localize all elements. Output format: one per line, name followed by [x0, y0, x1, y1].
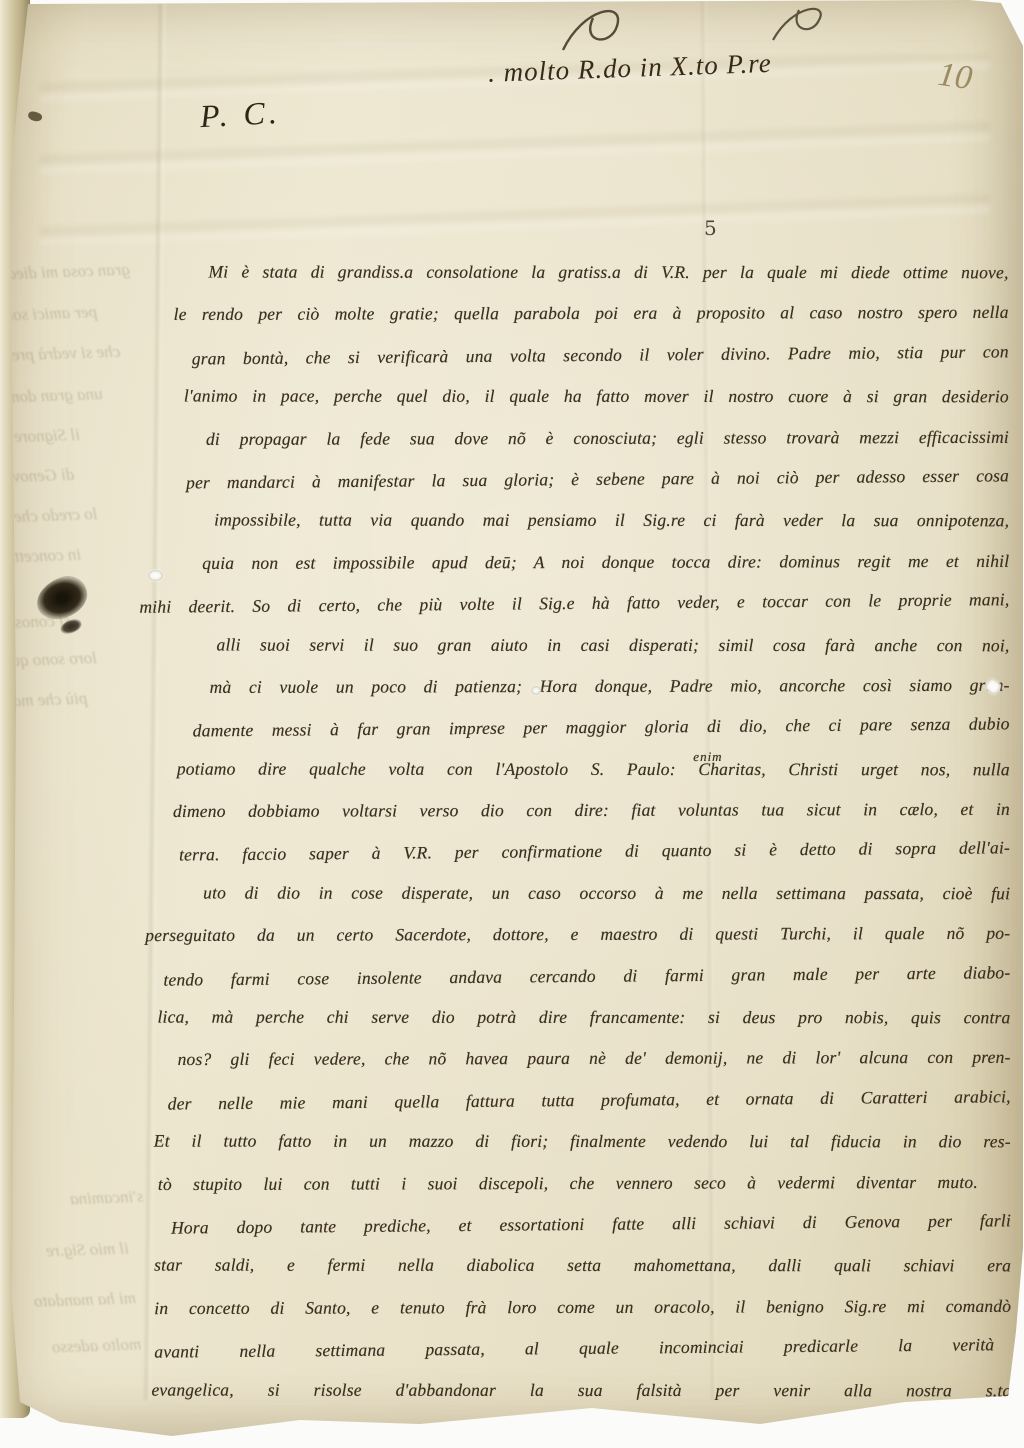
letter-line: alli suoi servi il suo gran aiuto in cas…	[216, 624, 1009, 666]
letter-line: Et il tutto fatto in un mazzo di fiori; …	[154, 1121, 1011, 1163]
interlinear-insertion: enim	[693, 736, 722, 777]
letter-heading: . molto R.do in X.to P.re	[488, 46, 819, 88]
bleed-through-text: lo credo che sia	[0, 504, 98, 528]
letter-line: terra. faccio saper à V.R. per confirmat…	[179, 828, 1010, 877]
letter-line: Hora dopo tante prediche, et essortation…	[171, 1200, 1011, 1249]
bleed-through-text: che si vedrà presto	[0, 342, 121, 366]
salutation-abbreviation: P. C.	[199, 94, 282, 135]
letter-body: Mi è stata di grandiss.a consolatione la…	[113, 251, 1011, 1412]
letter-line: mihi deerit. So di certo, che più volte …	[139, 579, 1009, 628]
ink-blot	[31, 571, 93, 625]
paper-sheet: . molto R.do in X.to P.re 10 P. C. 5 gra…	[0, 0, 1024, 1448]
letter-line: gran bontà, che si verificarà una volta …	[192, 331, 1009, 380]
bleed-through-text: una gran donna	[0, 384, 103, 408]
letter-line: potiamo dire qualche volta con l'Apostol…	[177, 748, 1010, 790]
bleed-through-text: più che mai	[8, 689, 88, 712]
letter-line: uto di dio in cose disperate, un caso oc…	[203, 872, 1010, 914]
letter-line: di propagar la fede sua dove nõ è conosc…	[206, 416, 1009, 459]
letter-line: damente messi à far gran imprese per mag…	[193, 704, 1010, 753]
paper-hole	[531, 686, 541, 695]
paper-hole	[148, 570, 163, 581]
letter-line: impossibile, tutta via quando mai pensia…	[214, 500, 1009, 542]
folio-number: 10	[936, 56, 975, 98]
letter-line: avanti nella settimana passata, al quale…	[154, 1324, 994, 1373]
bleed-through-text: per amici sono	[0, 302, 97, 326]
letter-line: Mi è stata di grandiss.a consolatione la…	[209, 252, 1009, 294]
letter-line: tendo farmi cose insolente andava cercan…	[163, 952, 1010, 1001]
letter-line: dimeno dobbiamo voltarsi verso dio con d…	[173, 789, 1010, 833]
bleed-through-text: gran cosa mi diede	[0, 260, 130, 285]
letter-line: quia non est impossibile apud deū; A noi…	[202, 541, 1009, 585]
letter-line: nos? gli feci vedere, che nõ havea paura…	[178, 1037, 1011, 1081]
page-number: 5	[704, 216, 717, 240]
letter-line: mà ci vuole un poco di patienza; Hora do…	[210, 665, 1010, 708]
ink-blot	[59, 617, 84, 636]
letter-line: evangelica, si risolse d'abbandonar la s…	[151, 1369, 1011, 1411]
letter-line: lica, mà perche chi serve dio potrà dire…	[157, 997, 1010, 1039]
letter-line: per mandarci à manifestar la sua gloria;…	[186, 455, 1009, 504]
letter-line: star saldi, e fermi nella diabolica sett…	[154, 1245, 1011, 1287]
letter-line: perseguitato da un certo Sacerdote, dott…	[145, 913, 1010, 957]
bleed-through-text: in concetto	[6, 545, 82, 568]
bleed-through-text: di Genova	[4, 465, 75, 487]
letter-line: l'animo in pace, perche quel dio, il qua…	[184, 376, 1009, 418]
scanned-letter-page: . molto R.do in X.to P.re 10 P. C. 5 gra…	[0, 0, 1024, 1448]
letter-line: tò stupito lui con tutti i suoi discepol…	[158, 1162, 978, 1206]
ink-mark	[27, 110, 43, 123]
bleed-through-text: il Signore	[14, 425, 81, 447]
letter-line: le rendo per ciò molte gratie; quella pa…	[174, 292, 1009, 336]
letter-line: in concetto di Santo, e tenuto frà loro …	[154, 1286, 1011, 1330]
letter-line: der nelle mie mani quella fattura tutta …	[168, 1076, 1011, 1125]
